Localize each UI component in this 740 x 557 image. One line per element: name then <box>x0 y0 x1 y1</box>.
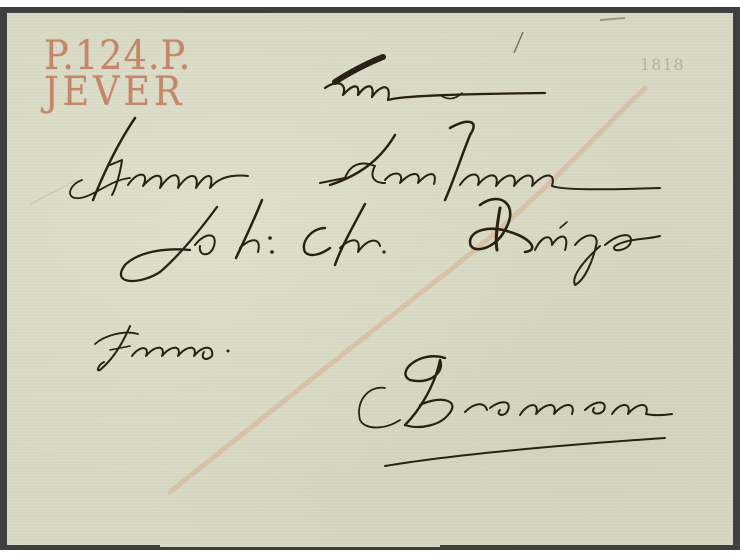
handwriting-kaufman <box>320 93 660 200</box>
handwriting-franco <box>95 326 230 370</box>
handwriting-an <box>325 57 545 100</box>
handwriting-joh-chr-droge <box>121 199 660 285</box>
handwriting-herrn <box>70 118 248 200</box>
handwriting-bremen <box>359 356 672 466</box>
handwriting <box>0 0 740 557</box>
